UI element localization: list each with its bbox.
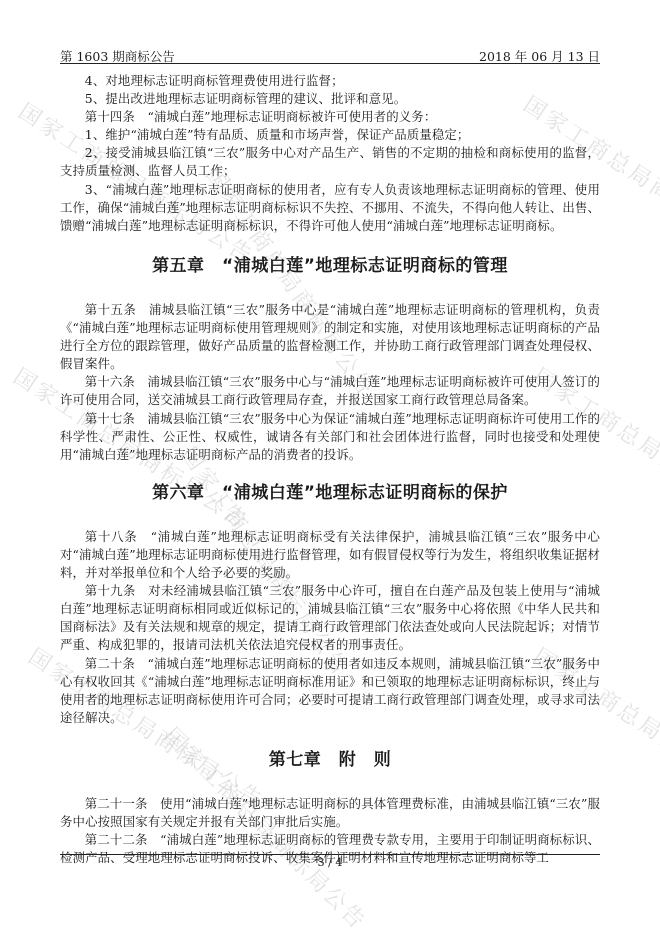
footer-divider bbox=[60, 854, 600, 855]
paragraph: 3、“浦城白莲”地理标志证明商标的使用者，应有专人负责该地理标志证明商标的管理、… bbox=[60, 181, 600, 235]
paragraph: 1、维护“浦城白莲”特有品质、质量和市场声誉，保证产品质量稳定； bbox=[60, 126, 600, 144]
page-header: 第 1603 期商标公告 2018 年 06 月 13 日 bbox=[60, 44, 600, 64]
chapter-7-title: 第七章 附 则 bbox=[60, 751, 600, 769]
article-18: 第十八条 “浦城白莲”地理标志证明商标受有关法律保护，浦城县临江镇“三农”服务中… bbox=[60, 528, 600, 582]
issue-label: 第 1603 期商标公告 bbox=[60, 47, 175, 65]
article-15: 第十五条 浦城县临江镇“三农”服务中心是“浦城白莲”地理标志证明商标的管理机构，… bbox=[60, 301, 600, 373]
paragraph: 2、接受浦城县临江镇“三农”服务中心对产品生产、销售的不定期的抽检和商标使用的监… bbox=[60, 144, 600, 180]
article-14-heading: 第十四条 “浦城白莲”地理标志证明商标被许可使用者的义务： bbox=[60, 108, 600, 126]
article-16: 第十六条 浦城县临江镇“三农”服务中心与“浦城白莲”地理标志证明商标被许可使用人… bbox=[60, 373, 600, 409]
article-21: 第二十一条 使用“浦城白莲”地理标志证明商标的具体管理费标准，由浦城县临江镇“三… bbox=[60, 795, 600, 831]
issue-date: 2018 年 06 月 13 日 bbox=[479, 47, 600, 65]
paragraph: 5、提出改进地理标志证明商标管理的建议、批评和意见。 bbox=[60, 90, 600, 108]
article-19: 第十九条 对未经浦城县临江镇“三农”服务中心许可，擅自在白莲产品及包装上使用与“… bbox=[60, 582, 600, 654]
document-body: 4、对地理标志证明商标管理费使用进行监督； 5、提出改进地理标志证明商标管理的建… bbox=[60, 72, 600, 867]
chapter-5-title: 第五章 “浦城白莲”地理标志证明商标的管理 bbox=[60, 257, 600, 275]
article-20: 第二十条 “浦城白莲”地理标志证明商标的使用者如违反本规则，浦城县临江镇“三农”… bbox=[60, 655, 600, 727]
page-number: 3 / 4 bbox=[0, 856, 660, 869]
article-17: 第十七条 浦城县临江镇“三农”服务中心为保证“浦城白莲”地理标志证明商标许可使用… bbox=[60, 410, 600, 464]
chapter-6-title: 第六章 “浦城白莲”地理标志证明商标的保护 bbox=[60, 484, 600, 502]
paragraph: 4、对地理标志证明商标管理费使用进行监督； bbox=[60, 72, 600, 90]
document-page: 国家工商总局商标局公告 国家工商总局商标局公告 国家工商总局商标局公告 国家工商… bbox=[0, 0, 660, 933]
